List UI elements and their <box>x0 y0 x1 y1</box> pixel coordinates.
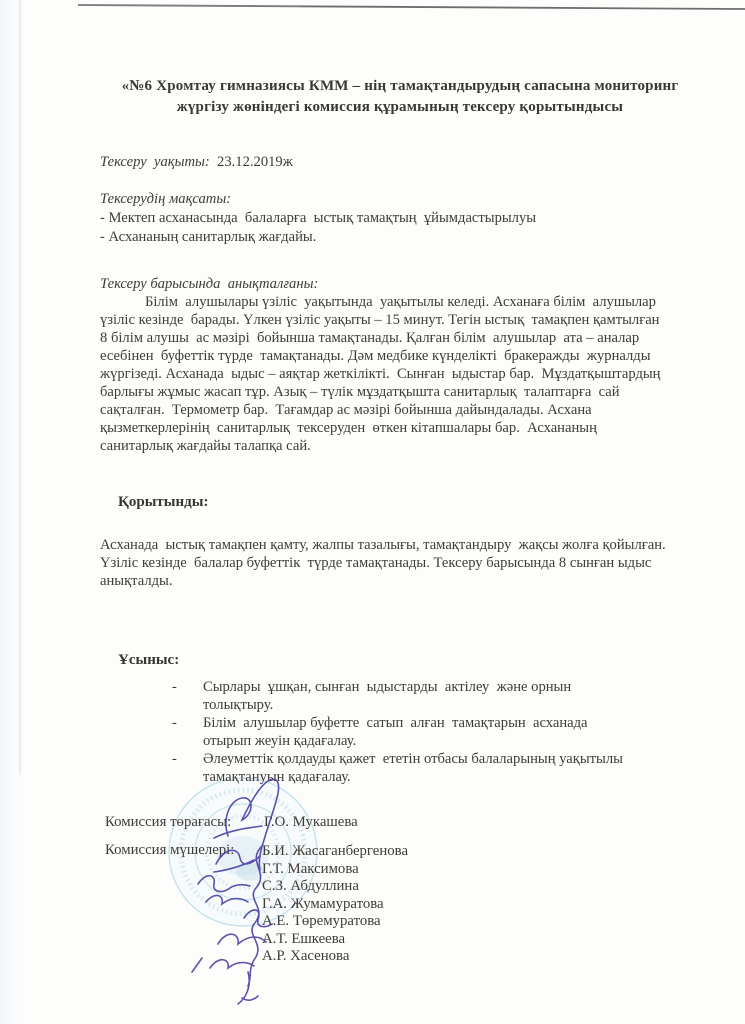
inspection-time-label: Тексеру уақыты: <box>100 154 210 170</box>
commission-member-names: Б.И. ЖасаганбергеноваГ.Т. МаксимоваС.З. … <box>262 843 408 966</box>
scan-left-edge-shadow <box>0 0 28 1024</box>
commission-member-name: А.Т. Ешкеева <box>262 931 408 949</box>
document-title: «№6 Хромтау гимназиясы КММ – нің тамақта… <box>88 76 712 118</box>
commission-member-name: Г.Т. Максимова <box>262 861 408 879</box>
title-line-2: жүргізу жөніндегі комиссия құрамының тек… <box>88 97 712 118</box>
recommendation-item: Сырлары ұшқан, сынған ыдыстарды актілеу … <box>172 678 634 714</box>
commission-member-name: Г.А. Жумамуратова <box>262 896 408 914</box>
recommendation-item: Әлеуметтік қолдауды қажет ететін отбасы … <box>172 750 634 786</box>
recommendations-list: Сырлары ұшқан, сынған ыдыстарды актілеу … <box>172 678 634 786</box>
findings-label: Тексеру барысында анықталғаны: <box>100 275 318 293</box>
conclusion-paragraph: Асханада ыстық тамақпен қамту, жалпы таз… <box>100 536 672 590</box>
scan-left-edge-line <box>19 0 21 775</box>
scanned-document-page: «№6 Хромтау гимназиясы КММ – нің тамақта… <box>0 0 745 1024</box>
purpose-item: - Асхананың санитарлық жағдайы. <box>100 228 536 247</box>
inspection-purpose-items: - Мектеп асханасында балаларға ыстық там… <box>100 209 536 246</box>
commission-chairman-label: Комиссия төрағасы: <box>105 814 231 831</box>
findings-paragraph: Білім алушылары үзіліс уақытында уақытыл… <box>100 293 662 455</box>
inspection-time-value: 23.12.2019ж <box>217 154 293 170</box>
purpose-item: - Мектеп асханасында балаларға ыстық там… <box>100 209 536 228</box>
commission-member-name: С.З. Абдуллина <box>262 878 408 896</box>
commission-member-name: А.Р. Хасенова <box>262 948 408 966</box>
commission-member-name: Б.И. Жасаганбергенова <box>262 843 408 861</box>
recommendation-item: Білім алушылар буфетте сатып алған тамақ… <box>172 714 634 750</box>
commission-members-label: Комиссия мүшелері: <box>105 842 234 859</box>
conclusion-label: Қорытынды: <box>118 494 208 511</box>
spacer <box>210 154 217 170</box>
inspection-time-line: Тексеру уақыты: 23.12.2019ж <box>100 153 293 171</box>
commission-chairman-name: Г.О. Мукашева <box>264 814 358 831</box>
recommendations-label: Ұсыныс: <box>118 652 179 669</box>
commission-member-name: А.Е. Төремуратова <box>262 913 408 931</box>
inspection-purpose-label: Тексерудің мақсаты: <box>100 190 231 208</box>
title-line-1: «№6 Хромтау гимназиясы КММ – нің тамақта… <box>88 76 712 97</box>
